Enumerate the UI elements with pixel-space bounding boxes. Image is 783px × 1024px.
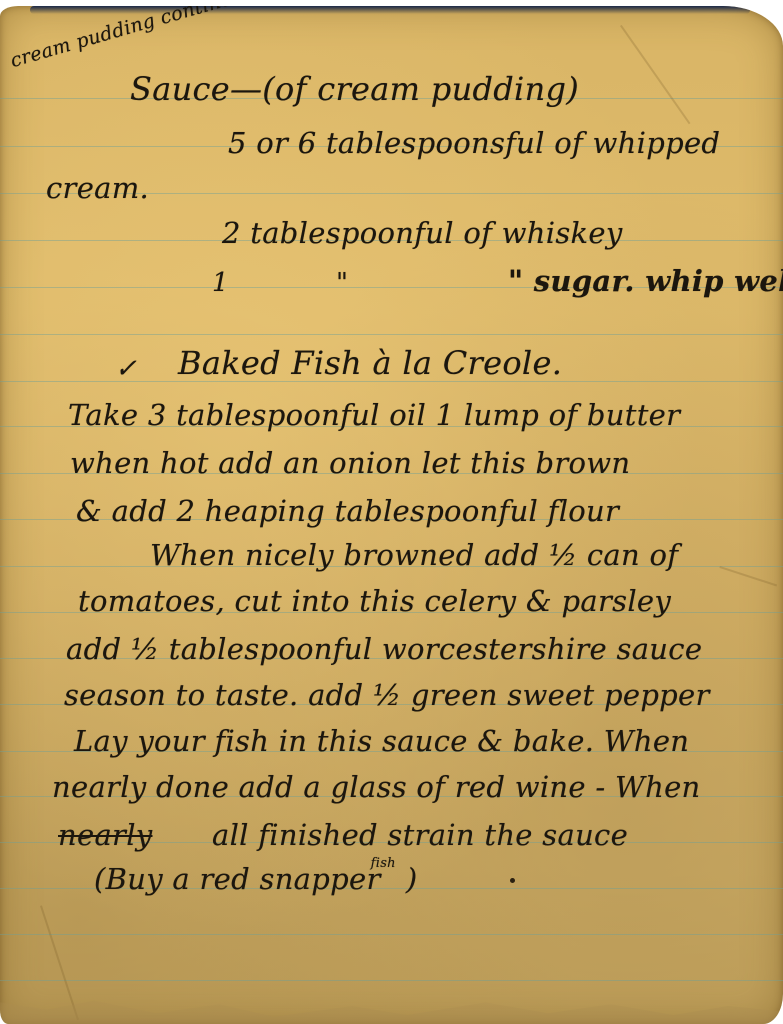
- sauce-line-4-sugar: " sugar. whip well: [508, 264, 783, 298]
- sauce-title: Sauce—(of cream pudding): [130, 70, 579, 108]
- sauce-line-4-ditto: ": [336, 268, 348, 298]
- recipe-line-8: Lay your fish in this sauce & bake. When: [74, 724, 689, 758]
- sauce-line-3: 2 tablespoonful of whiskey: [222, 216, 623, 250]
- recipe-line-5: tomatoes, cut into this celery & parsley: [78, 584, 671, 618]
- ink-dot: [510, 878, 515, 883]
- recipe-line-10: all finished strain the sauce: [212, 818, 628, 852]
- ruled-line: [0, 934, 783, 935]
- recipe-line-1: Take 3 tablespoonful oil 1 lump of butte…: [68, 398, 680, 432]
- sauce-line-4-quantity: 1: [212, 268, 229, 298]
- recipe-line-9: nearly done add a glass of red wine - Wh…: [52, 770, 701, 804]
- recipe-note: (Buy a red snapperfish): [94, 862, 417, 896]
- paper-crease: [620, 25, 690, 124]
- recipe-title: Baked Fish à la Creole.: [178, 344, 562, 382]
- paper-crease: [40, 905, 79, 1020]
- recipe-line-2: when hot add an onion let this brown: [70, 446, 630, 480]
- notebook-page: cream pudding continued; Sauce—(of cream…: [0, 6, 783, 1024]
- ruled-line: [0, 334, 783, 335]
- recipe-line-7: season to taste. add ½ green sweet peppe…: [64, 678, 710, 712]
- sauce-line-2: cream.: [46, 171, 149, 205]
- recipe-line-4: When nicely browned add ½ can of: [150, 538, 678, 572]
- sauce-line-1: 5 or 6 tablespoonsful of whipped: [228, 126, 720, 160]
- note-close-paren: ): [406, 862, 418, 896]
- header-note: cream pudding continued;: [8, 6, 265, 72]
- torn-bottom-edge: [0, 988, 783, 1024]
- recipe-line-6: add ½ tablespoonful worcestershire sauce: [66, 632, 702, 666]
- recipe-line-3: & add 2 heaping tablespoonful flour: [76, 494, 619, 528]
- note-insert-fish: fish: [371, 856, 396, 871]
- note-text: (Buy a red snapper: [94, 862, 381, 896]
- ruled-line: [0, 980, 783, 981]
- paper-crease: [719, 566, 777, 586]
- struck-out-word: nearly: [58, 818, 152, 852]
- checkmark-icon: ✓: [115, 354, 137, 384]
